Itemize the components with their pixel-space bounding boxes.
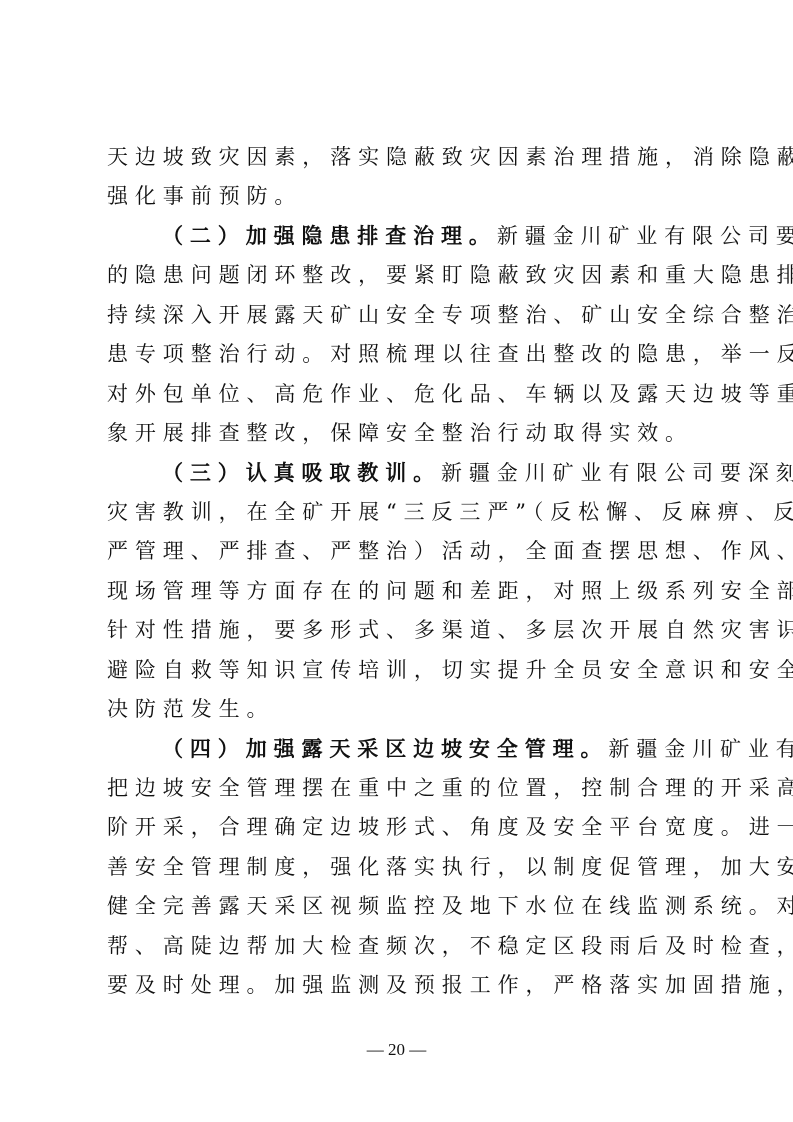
section-heading-3: （三）认真吸取教训。 [162,461,441,485]
text-line: 天边坡致灾因素，落实隐蔽致灾因素治理措施，消除隐蔽致灾隐患， [107,138,697,177]
text-run: 新疆金川矿业有限公司要对检查出 [497,224,793,248]
section-2-first-line: （二）加强隐患排查治理。新疆金川矿业有限公司要对检查出 [107,217,697,256]
section-heading-4: （四）加强露天采区边坡安全管理。 [162,737,608,761]
section-3-first-line: （三）认真吸取教训。新疆金川矿业有限公司要深刻吸取滑坡 [107,454,697,493]
text-line: 对外包单位、高危作业、危化品、车辆以及露天边坡等重点管控对 [107,375,697,414]
text-line: 善安全管理制度，强化落实执行，以制度促管理，加大安全投入， [107,848,697,887]
section-4-first-line: （四）加强露天采区边坡安全管理。新疆金川矿业有限公司要 [107,730,697,769]
text-line: 帮、高陡边帮加大检查频次，不稳定区段雨后及时检查，发现异常 [107,927,697,966]
text-line: 把边坡安全管理摆在重中之重的位置，控制合理的开采高度，按台 [107,769,697,808]
body-text: 天边坡致灾因素，落实隐蔽致灾因素治理措施，消除隐蔽致灾隐患， 强化事前预防。 （… [107,138,697,1006]
section-heading-2: （二）加强隐患排查治理。 [162,224,497,248]
text-line: 健全完善露天采区视频监控及地下水位在线监测系统。对采场工作 [107,887,697,926]
text-line: 持续深入开展露天矿山安全专项整治、矿山安全综合整治和重大隐 [107,296,697,335]
text-line: 决防范发生。 [107,690,697,729]
text-line: 避险自救等知识宣传培训，切实提升全员安全意识和安全技能，坚 [107,651,697,690]
page-number: — 20 — [0,1040,793,1060]
text-line: 象开展排查整改，保障安全整治行动取得实效。 [107,414,697,453]
text-line: 的隐患问题闭环整改，要紧盯隐蔽致灾因素和重大隐患排查治理， [107,256,697,295]
text-line: 现场管理等方面存在的问题和差距，对照上级系列安全部署，制定 [107,572,697,611]
text-line: 要及时处理。加强监测及预报工作，严格落实加固措施，出现不稳 [107,966,697,1005]
text-line: 灾害教训，在全矿开展“三反三严”（反松懈、反麻痹、反滑坡、 [107,493,697,532]
text-line: 患专项整治行动。对照梳理以往查出整改的隐患，举一反三，持续 [107,335,697,374]
document-page: 天边坡致灾因素，落实隐蔽致灾因素治理措施，消除隐蔽致灾隐患， 强化事前预防。 （… [0,0,793,1122]
text-line: 强化事前预防。 [107,177,697,216]
text-line: 严管理、严排查、严整治）活动，全面查摆思想、作风、工作措施、 [107,532,697,571]
text-line: 阶开采，合理确定边坡形式、角度及安全平台宽度。进一步修订完 [107,808,697,847]
text-line: 针对性措施，要多形式、多渠道、多层次开展自然灾害识灾、防灾、 [107,611,697,650]
text-run: 新疆金川矿业有限公司要深刻吸取滑坡 [441,461,793,485]
text-run: 新疆金川矿业有限公司要 [608,737,793,761]
